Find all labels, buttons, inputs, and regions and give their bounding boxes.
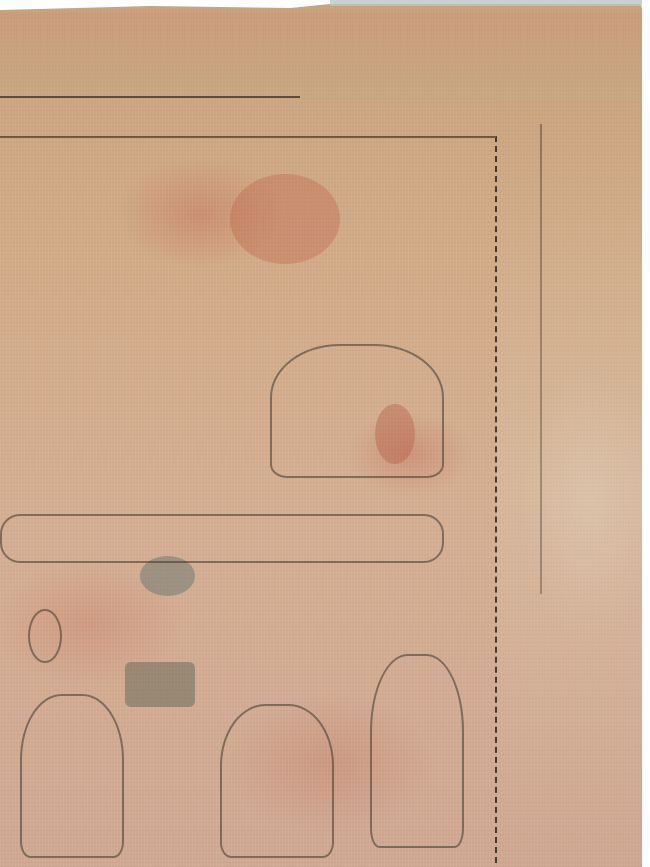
cypress-motif	[270, 344, 444, 478]
tree-motif-left	[20, 694, 124, 858]
rosette-motif	[28, 609, 62, 663]
guard-line-top	[0, 96, 300, 98]
rose-medallion	[230, 174, 340, 264]
fringe-top	[330, 0, 642, 6]
tree-motif-right	[370, 654, 464, 848]
right-border	[496, 100, 642, 867]
outer-border-top	[0, 12, 642, 100]
rug-photo	[0, 4, 642, 867]
dark-basket	[125, 662, 195, 707]
vine-motif	[0, 514, 444, 563]
tree-motif-center	[220, 704, 334, 858]
